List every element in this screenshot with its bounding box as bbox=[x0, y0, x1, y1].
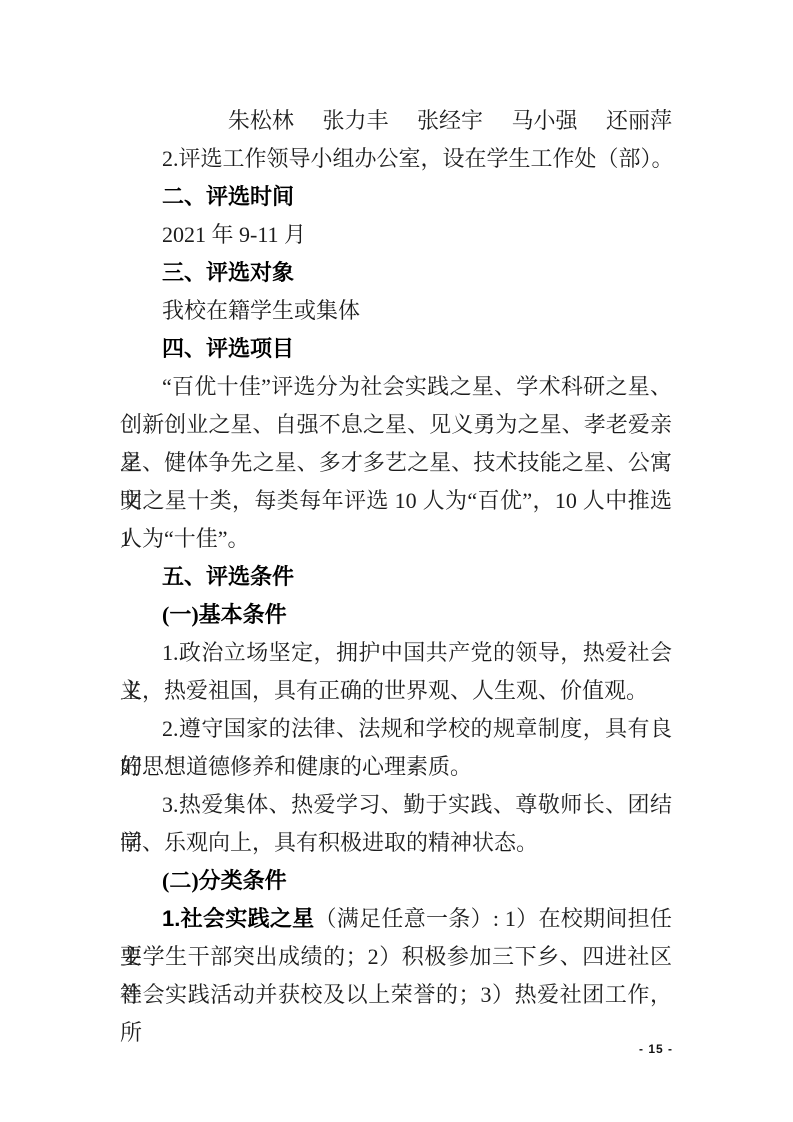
social-practice-star-line-2: 要学生干部突出成绩的；2）积极参加三下乡、四进社区等 bbox=[120, 938, 672, 976]
selection-target-value: 我校在籍学生或集体 bbox=[120, 292, 672, 330]
selection-items-paragraph-line-3: 星、健体争先之星、多才多艺之星、技术技能之星、公寓文 bbox=[120, 444, 672, 482]
selection-items-paragraph-line-2: 创新创业之星、自强不息之星、见义勇为之星、孝老爱亲之 bbox=[120, 406, 672, 444]
selection-items-paragraph-line-4: 明之星十类，每类每年评选 10 人为“百优”，10 人中推选 1 bbox=[120, 482, 672, 520]
signatory-name: 马小强 bbox=[511, 108, 577, 133]
signatory-name: 朱松林 bbox=[228, 108, 294, 133]
basic-criteria-item-2-line-2: 的思想道德修养和健康的心理素质。 bbox=[120, 748, 672, 786]
social-practice-star-line-3: 社会实践活动并获校及以上荣誉的；3）热爱社团工作，所 bbox=[120, 976, 672, 1014]
basic-criteria-item-3-line-2: 学、乐观向上，具有积极进取的精神状态。 bbox=[120, 824, 672, 862]
subheading-category-criteria: (二)分类条件 bbox=[120, 862, 672, 900]
signatory-name: 还丽萍 bbox=[606, 108, 672, 133]
basic-criteria-item-2-line-1: 2.遵守国家的法律、法规和学校的规章制度，具有良好 bbox=[120, 710, 672, 748]
selection-items-paragraph-line-1: “百优十佳”评选分为社会实践之星、学术科研之星、 bbox=[120, 368, 672, 406]
heading-selection-time: 二、评选时间 bbox=[120, 178, 672, 216]
selection-time-value: 2021 年 9-11 月 bbox=[120, 216, 672, 254]
social-practice-star-line-1: 1.社会实践之星（满足任意一条）: 1）在校期间担任主 bbox=[120, 900, 672, 938]
subheading-basic-criteria: (一)基本条件 bbox=[120, 596, 672, 634]
heading-selection-target: 三、评选对象 bbox=[120, 254, 672, 292]
selection-items-paragraph-line-5: 人为“十佳”。 bbox=[120, 520, 672, 558]
heading-selection-criteria: 五、评选条件 bbox=[120, 558, 672, 596]
document-page: 朱松林 张力丰 张经宇 马小强 还丽萍 2.评选工作领导小组办公室，设在学生工作… bbox=[0, 0, 793, 1122]
signatory-name: 张力丰 bbox=[322, 108, 388, 133]
signatory-name: 张经宇 bbox=[417, 108, 483, 133]
basic-criteria-item-3-line-1: 3.热爱集体、热爱学习、勤于实践、尊敬师长、团结同 bbox=[120, 786, 672, 824]
page-number: - 15 - bbox=[639, 1042, 673, 1056]
basic-criteria-item-1-line-2: 义，热爱祖国，具有正确的世界观、人生观、价值观。 bbox=[120, 672, 672, 710]
document-body: 朱松林 张力丰 张经宇 马小强 还丽萍 2.评选工作领导小组办公室，设在学生工作… bbox=[120, 102, 672, 1014]
heading-selection-items: 四、评选项目 bbox=[120, 330, 672, 368]
signatory-names-line: 朱松林 张力丰 张经宇 马小强 还丽萍 bbox=[120, 102, 672, 140]
basic-criteria-item-1-line-1: 1.政治立场坚定，拥护中国共产党的领导，热爱社会主 bbox=[120, 634, 672, 672]
social-practice-star-label: 1.社会实践之星 bbox=[162, 906, 314, 931]
office-note-line: 2.评选工作领导小组办公室，设在学生工作处（部）。 bbox=[120, 140, 672, 178]
